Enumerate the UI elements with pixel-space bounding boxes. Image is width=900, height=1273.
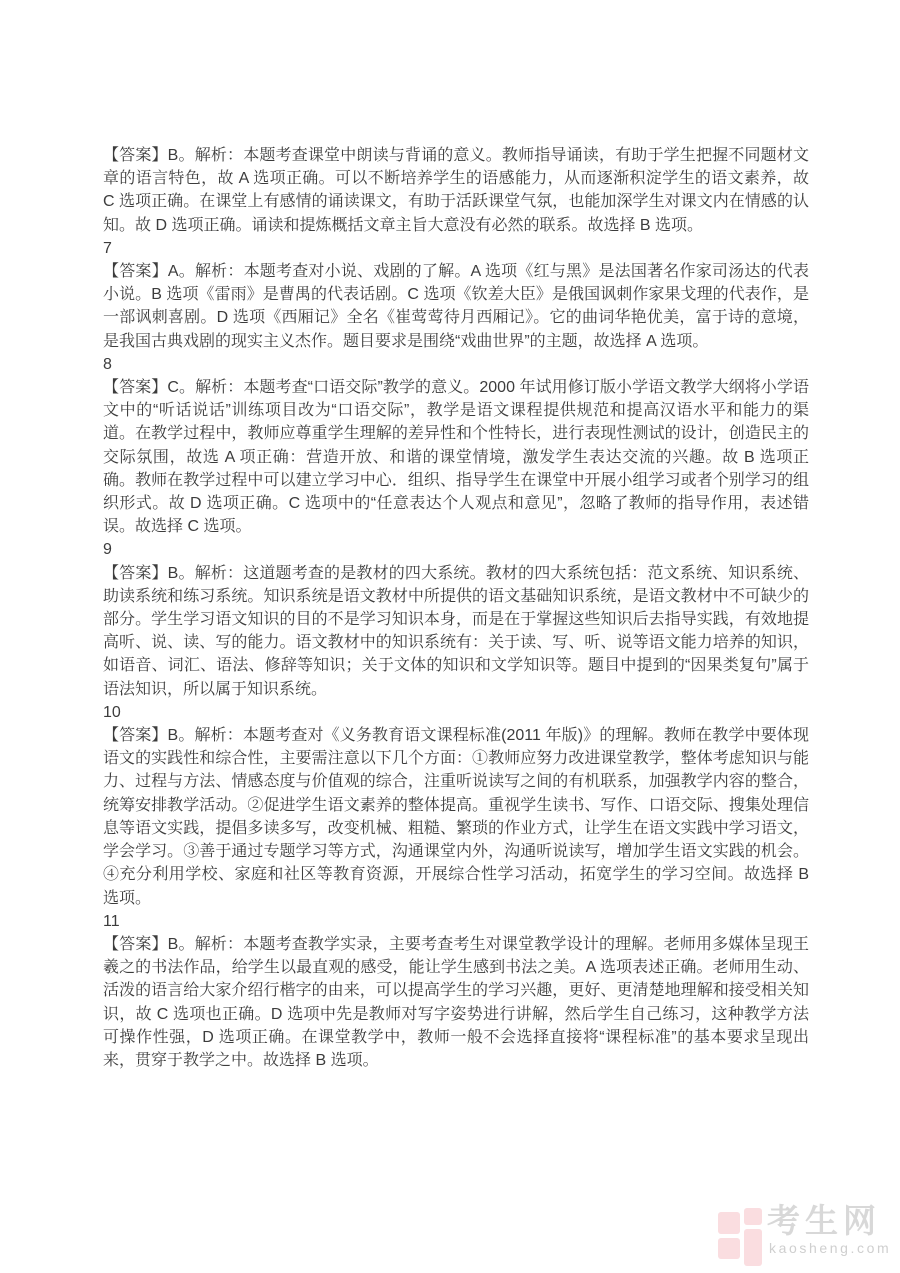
answer-item: 11 【答案】B。解析：本题考查教学实录，主要考查考生对课堂教学设计的理解。老师… xyxy=(103,910,809,1072)
answer-number: 10 xyxy=(103,701,809,724)
answer-text: 【答案】B。解析：本题考查教学实录，主要考查考生对课堂教学设计的理解。老师用多媒… xyxy=(103,933,809,1072)
logo-block xyxy=(718,1212,740,1234)
answer-item: 【答案】B。解析：本题考查课堂中朗读与背诵的意义。教师指导诵读，有助于学生把握不… xyxy=(103,144,809,237)
answer-number: 11 xyxy=(103,910,809,933)
logo-block xyxy=(744,1208,762,1225)
watermark-site-url: kaosheng.com xyxy=(769,1240,891,1256)
kaosheng-logo-icon xyxy=(718,1208,764,1264)
answer-number: 9 xyxy=(103,538,809,561)
answer-item: 9 【答案】B。解析：这道题考查的是教材的四大系统。教材的四大系统包括：范文系统… xyxy=(103,538,809,700)
logo-block xyxy=(718,1238,740,1259)
answer-number: 7 xyxy=(103,237,809,260)
answer-key-document: 【答案】B。解析：本题考查课堂中朗读与背诵的意义。教师指导诵读，有助于学生把握不… xyxy=(103,144,809,1072)
answer-item: 8 【答案】C。解析：本题考查“口语交际”教学的意义。2000 年试用修订版小学… xyxy=(103,353,809,539)
answer-text: 【答案】B。解析：本题考查对《义务教育语文课程标准(2011 年版)》的理解。教… xyxy=(103,724,809,910)
answer-number: 8 xyxy=(103,353,809,376)
logo-block xyxy=(744,1229,762,1266)
watermark-site-name: 考生网 xyxy=(767,1203,881,1239)
answer-item: 7 【答案】A。解析：本题考查对小说、戏剧的了解。A 选项《红与黑》是法国著名作… xyxy=(103,237,809,353)
answer-text: 【答案】A。解析：本题考查对小说、戏剧的了解。A 选项《红与黑》是法国著名作家司… xyxy=(103,260,809,353)
answer-text: 【答案】B。解析：这道题考查的是教材的四大系统。教材的四大系统包括：范文系统、知… xyxy=(103,562,809,701)
answer-text: 【答案】B。解析：本题考查课堂中朗读与背诵的意义。教师指导诵读，有助于学生把握不… xyxy=(103,144,809,237)
answer-item: 10 【答案】B。解析：本题考查对《义务教育语文课程标准(2011 年版)》的理… xyxy=(103,701,809,910)
answer-text: 【答案】C。解析：本题考查“口语交际”教学的意义。2000 年试用修订版小学语文… xyxy=(103,376,809,538)
site-watermark: 考生网 kaosheng.com xyxy=(716,1203,888,1265)
